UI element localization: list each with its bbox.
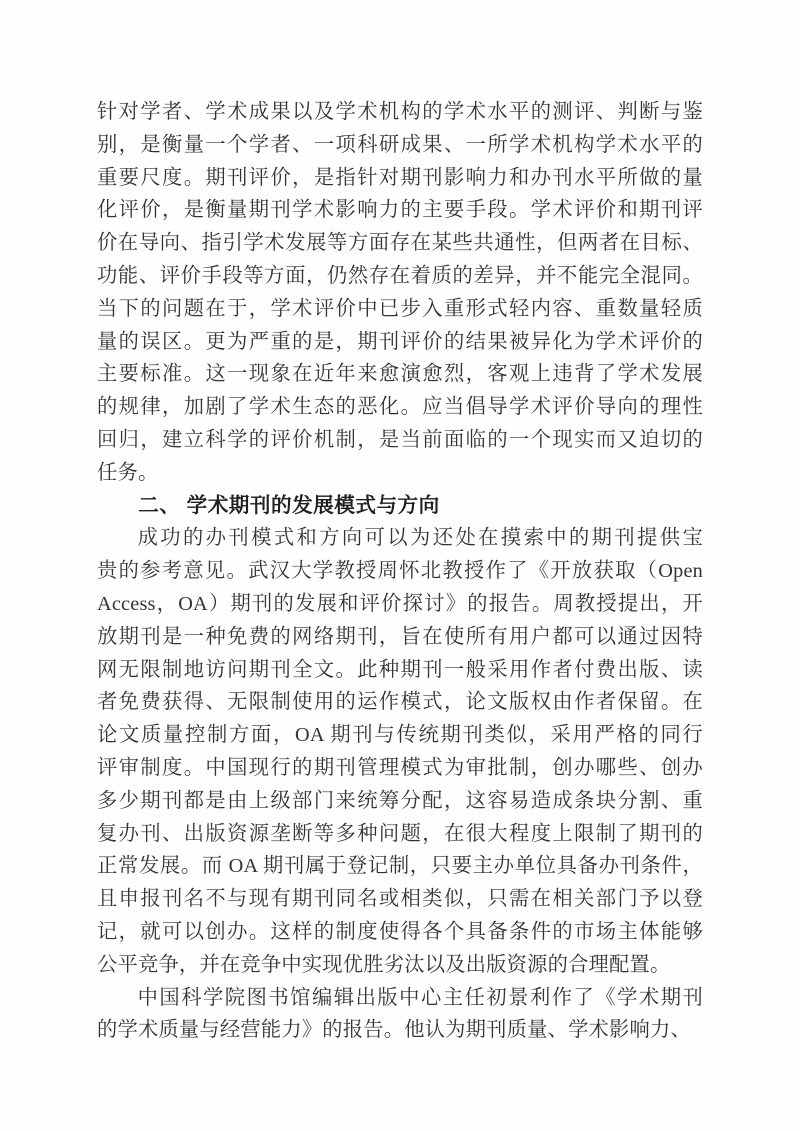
paragraph: 针对学者、学术成果以及学术机构的学术水平的测评、判断与鉴别，是衡量一个学者、一项… [97,96,703,490]
text-line: 任务。 [97,457,703,490]
text-line: 多少期刊都是由上级部门来统筹分配，这容易造成条块分割、重 [97,785,703,818]
text-line: 功能、评价手段等方面，仍然存在着质的差异，并不能完全混同。 [97,260,703,293]
text-line: 者免费获得、无限制使用的运作模式，论文版权由作者保留。在 [97,686,703,719]
text-line: 网无限制地访问期刊全文。此种期刊一般采用作者付费出版、读 [97,654,703,687]
text-line: 放期刊是一种免费的网络期刊，旨在使所有用户都可以通过因特 [97,621,703,654]
text-line: 当下的问题在于，学术评价中已步入重形式轻内容、重数量轻质 [97,293,703,326]
text-line: 评审制度。中国现行的期刊管理模式为审批制，创办哪些、创办 [97,752,703,785]
document-page: 针对学者、学术成果以及学术机构的学术水平的测评、判断与鉴别，是衡量一个学者、一项… [0,0,800,1131]
text-line: 重要尺度。期刊评价，是指针对期刊影响力和办刊水平所做的量 [97,162,703,195]
text-line: 针对学者、学术成果以及学术机构的学术水平的测评、判断与鉴 [97,96,703,129]
text-line: 主要标准。这一现象在近年来愈演愈烈，客观上违背了学术发展 [97,358,703,391]
text-line: 量的误区。更为严重的是，期刊评价的结果被异化为学术评价的 [97,326,703,359]
text-line: 成功的办刊模式和方向可以为还处在摸索中的期刊提供宝 [97,522,703,555]
text-line: 论文质量控制方面，OA 期刊与传统期刊类似，采用严格的同行 [97,719,703,752]
text-line: 别，是衡量一个学者、一项科研成果、一所学术机构学术水平的 [97,129,703,162]
paragraph: 成功的办刊模式和方向可以为还处在摸索中的期刊提供宝贵的参考意见。武汉大学教授周怀… [97,522,703,981]
paragraph: 中国科学院图书馆编辑出版中心主任初景利作了《学术期刊的学术质量与经营能力》的报告… [97,982,703,1048]
text-line: 且申报刊名不与现有期刊同名或相类似，只需在相关部门予以登 [97,883,703,916]
text-column: 针对学者、学术成果以及学术机构的学术水平的测评、判断与鉴别，是衡量一个学者、一项… [97,96,703,1047]
text-line: 的规律，加剧了学术生态的恶化。应当倡导学术评价导向的理性 [97,391,703,424]
text-line: 正常发展。而 OA 期刊属于登记制，只要主办单位具备办刊条件， [97,850,703,883]
text-line: 回归，建立科学的评价机制，是当前面临的一个现实而又迫切的 [97,424,703,457]
text-line: 中国科学院图书馆编辑出版中心主任初景利作了《学术期刊 [97,982,703,1015]
text-line: 的学术质量与经营能力》的报告。他认为期刊质量、学术影响力、 [97,1014,703,1047]
text-line: 化评价，是衡量期刊学术影响力的主要手段。学术评价和期刊评 [97,194,703,227]
text-line: 记，就可以创办。这样的制度使得各个具备条件的市场主体能够 [97,916,703,949]
text-line: 价在导向、指引学术发展等方面存在某些共通性，但两者在目标、 [97,227,703,260]
text-line: 贵的参考意见。武汉大学教授周怀北教授作了《开放获取（Open [97,555,703,588]
text-line: 复办刊、出版资源垄断等多种问题，在很大程度上限制了期刊的 [97,818,703,851]
section-heading: 二、 学术期刊的发展模式与方向 [97,490,703,523]
text-line: Access，OA）期刊的发展和评价探讨》的报告。周教授提出，开 [97,588,703,621]
text-line: 公平竞争，并在竞争中实现优胜劣汰以及出版资源的合理配置。 [97,949,703,982]
